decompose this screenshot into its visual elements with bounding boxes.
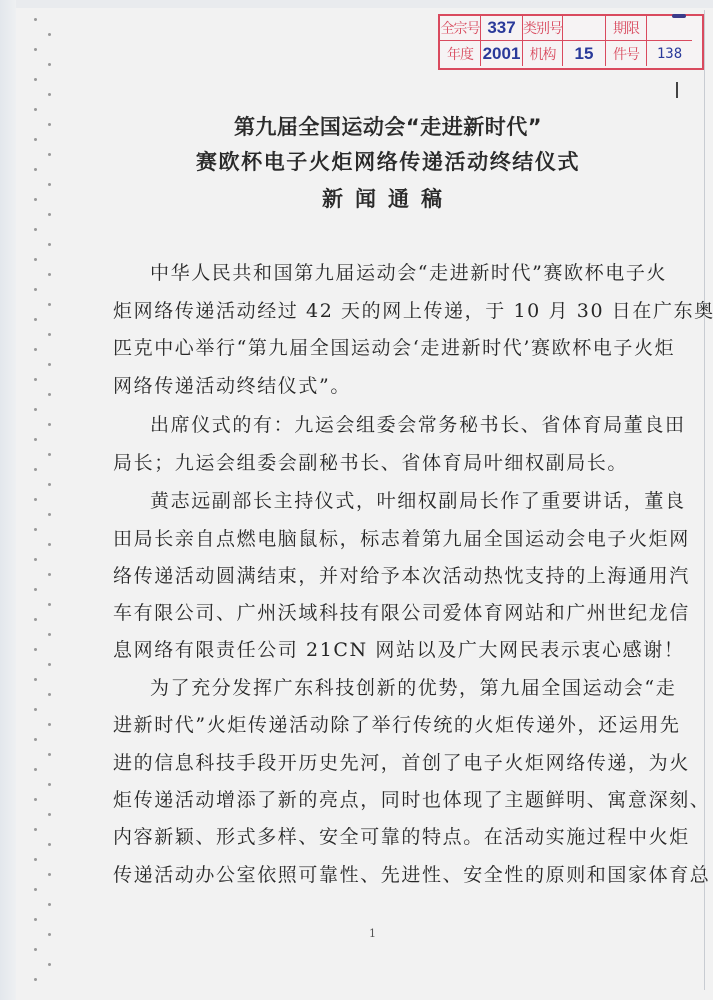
binding-hole (48, 243, 51, 246)
binding-hole (34, 408, 37, 411)
binding-hole (48, 93, 51, 96)
binding-hole (34, 258, 37, 261)
paragraph-4-line-6: 传递活动办公室依照可靠性、先进性、安全性的原则和国家体育总 (113, 860, 673, 887)
binding-hole (48, 933, 51, 936)
binding-hole (34, 738, 37, 741)
paragraph-4-line-3: 进的信息科技手段开历史先河，首创了电子火炬网络传递，为火 (113, 748, 673, 775)
paragraph-4-line-2: 进新时代”火炬传递活动除了举行传统的火炬传递外，还运用先 (113, 710, 673, 737)
stamp-value-year: 2001 (481, 41, 523, 66)
binding-hole (48, 873, 51, 876)
binding-hole (34, 348, 37, 351)
binding-hole (48, 963, 51, 966)
paragraph-1-line-3: 匹克中心举行“第九届全国运动会‘走进新时代’赛欧杯电子火炬 (113, 333, 673, 360)
binding-hole (48, 423, 51, 426)
binding-hole (34, 768, 37, 771)
stamp-value-category-no (563, 16, 606, 41)
binding-hole (34, 318, 37, 321)
paragraph-4-line-5: 内容新颖、形式多样、安全可靠的特点。在活动实施过程中火炬 (113, 822, 673, 849)
binding-hole (34, 918, 37, 921)
page-number: 1 (369, 927, 376, 940)
stamp-value-fonds-no: 337 (481, 16, 523, 41)
binding-hole (48, 363, 51, 366)
binding-hole (34, 678, 37, 681)
binding-hole (48, 663, 51, 666)
binding-hole (34, 618, 37, 621)
paragraph-1-line-1: 中华人民共和国第九届运动会“走进新时代”赛欧杯电子火 (150, 258, 710, 285)
binding-hole (48, 543, 51, 546)
stamp-value-organization: 15 (563, 41, 606, 66)
binding-hole (48, 753, 51, 756)
binding-hole (34, 558, 37, 561)
binding-hole (34, 228, 37, 231)
scan-top-shadow (0, 0, 713, 8)
handwritten-page-marker (676, 82, 678, 98)
binding-hole (34, 528, 37, 531)
paragraph-3-line-2: 田局长亲自点燃电脑鼠标，标志着第九届全国运动会电子火炬网 (113, 524, 673, 551)
binding-hole (34, 798, 37, 801)
binding-hole (34, 468, 37, 471)
binding-hole (48, 273, 51, 276)
binding-hole (48, 903, 51, 906)
paragraph-3-line-1: 黄志远副部长主持仪式，叶细权副局长作了重要讲话，董良 (150, 486, 710, 513)
paragraph-4-line-1: 为了充分发挥广东科技创新的优势，第九届全国运动会“走 (150, 673, 710, 700)
binding-hole (34, 888, 37, 891)
binding-hole (34, 288, 37, 291)
title-line-1: 第九届全国运动会“走进新时代” (0, 111, 713, 141)
stamp-value-retention (647, 16, 692, 41)
scanned-page: 全宗号 337 类别号 期限 年度 2001 机构 15 件号 138 第九届全… (0, 0, 713, 1000)
paragraph-3-line-4: 车有限公司、广州沃域科技有限公司爱体育网站和广州世纪龙信 (113, 598, 673, 625)
stamp-label-item-no: 件号 (606, 41, 647, 66)
binding-hole (48, 723, 51, 726)
pen-mark (672, 14, 686, 18)
binding-hole (34, 978, 37, 981)
stamp-value-item-no: 138 (647, 41, 692, 66)
binding-hole (34, 858, 37, 861)
binding-hole (34, 78, 37, 81)
stamp-label-organization: 机构 (523, 41, 563, 66)
title-line-2: 赛欧杯电子火炬网络传递活动终结仪式 (0, 146, 713, 176)
binding-hole (34, 948, 37, 951)
binding-hole (48, 603, 51, 606)
binding-hole (48, 693, 51, 696)
paragraph-2-line-1: 出席仪式的有：九运会组委会常务秘书长、省体育局董良田 (150, 410, 710, 437)
paragraph-1-line-2: 炬网络传递活动经过 42 天的网上传递，于 10 月 30 日在广东奥林 (113, 296, 673, 323)
binding-hole (34, 438, 37, 441)
stamp-label-retention: 期限 (606, 16, 647, 41)
paragraph-2-line-2: 局长；九运会组委会副秘书长、省体育局叶细权副局长。 (113, 448, 673, 475)
paragraph-3-line-5: 息网络有限责任公司 21CN 网站以及广大网民表示衷心感谢！ (113, 635, 673, 662)
binding-hole (48, 513, 51, 516)
binding-hole (48, 813, 51, 816)
binding-hole (48, 333, 51, 336)
binding-hole (48, 393, 51, 396)
binding-hole (34, 48, 37, 51)
archive-stamp: 全宗号 337 类别号 期限 年度 2001 机构 15 件号 138 (438, 14, 704, 70)
binding-hole (48, 633, 51, 636)
binding-hole (48, 483, 51, 486)
binding-hole (48, 453, 51, 456)
binding-hole (48, 573, 51, 576)
binding-hole (48, 33, 51, 36)
paragraph-1-line-4: 网络传递活动终结仪式”。 (113, 371, 673, 398)
paragraph-4-line-4: 炬传递活动增添了新的亮点，同时也体现了主题鲜明、寓意深刻、 (113, 785, 673, 812)
stamp-label-fonds-no: 全宗号 (440, 16, 481, 41)
binding-hole (34, 378, 37, 381)
stamp-label-category-no: 类别号 (523, 16, 563, 41)
binding-hole (34, 18, 37, 21)
binding-hole (48, 843, 51, 846)
binding-hole (34, 648, 37, 651)
binding-hole (34, 828, 37, 831)
binding-hole (48, 303, 51, 306)
title-line-3: 新闻通稿 (0, 183, 713, 213)
binding-hole (34, 708, 37, 711)
binding-hole (48, 63, 51, 66)
stamp-label-year: 年度 (440, 41, 481, 66)
binding-hole (48, 783, 51, 786)
binding-hole (34, 498, 37, 501)
paragraph-3-line-3: 络传递活动圆满结束，并对给予本次活动热忱支持的上海通用汽 (113, 561, 673, 588)
binding-hole (48, 213, 51, 216)
binding-hole (34, 588, 37, 591)
